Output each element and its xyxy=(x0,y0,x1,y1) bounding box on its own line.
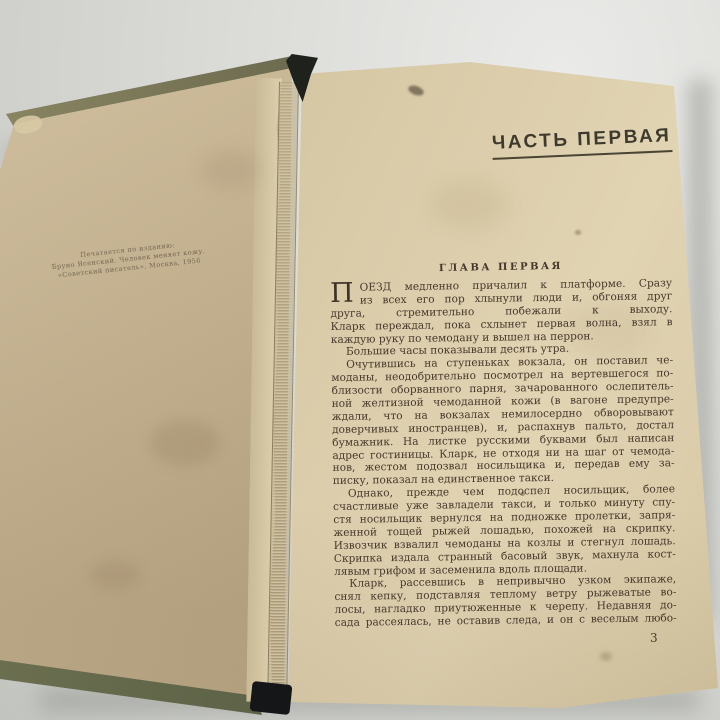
drop-cap: П xyxy=(330,282,360,306)
paper-stain xyxy=(90,560,140,590)
paper-stain xyxy=(150,420,220,466)
paragraph: ПОЕЗД медленно причалил к платформе. Сра… xyxy=(330,277,673,346)
paper-stain xyxy=(430,180,510,230)
paper-stain xyxy=(200,150,260,190)
page-number: 3 xyxy=(650,631,658,645)
paper-fleck xyxy=(575,230,581,235)
paragraph: Очутившись на ступеньках вокзала, он пос… xyxy=(331,355,675,489)
spine-dark-patch-bottom xyxy=(250,681,293,715)
book-photo: Печатается по изданию:Бруно Ясенский. Че… xyxy=(0,0,720,720)
paper-fleck xyxy=(600,652,612,661)
paragraph: Кларк, рассевшись в непривычно узком эки… xyxy=(334,574,677,630)
paragraph: Однако, прежде чем подоспел носильщик, б… xyxy=(333,483,676,578)
body-text: ПОЕЗД медленно причалил к платформе. Сра… xyxy=(330,277,677,630)
